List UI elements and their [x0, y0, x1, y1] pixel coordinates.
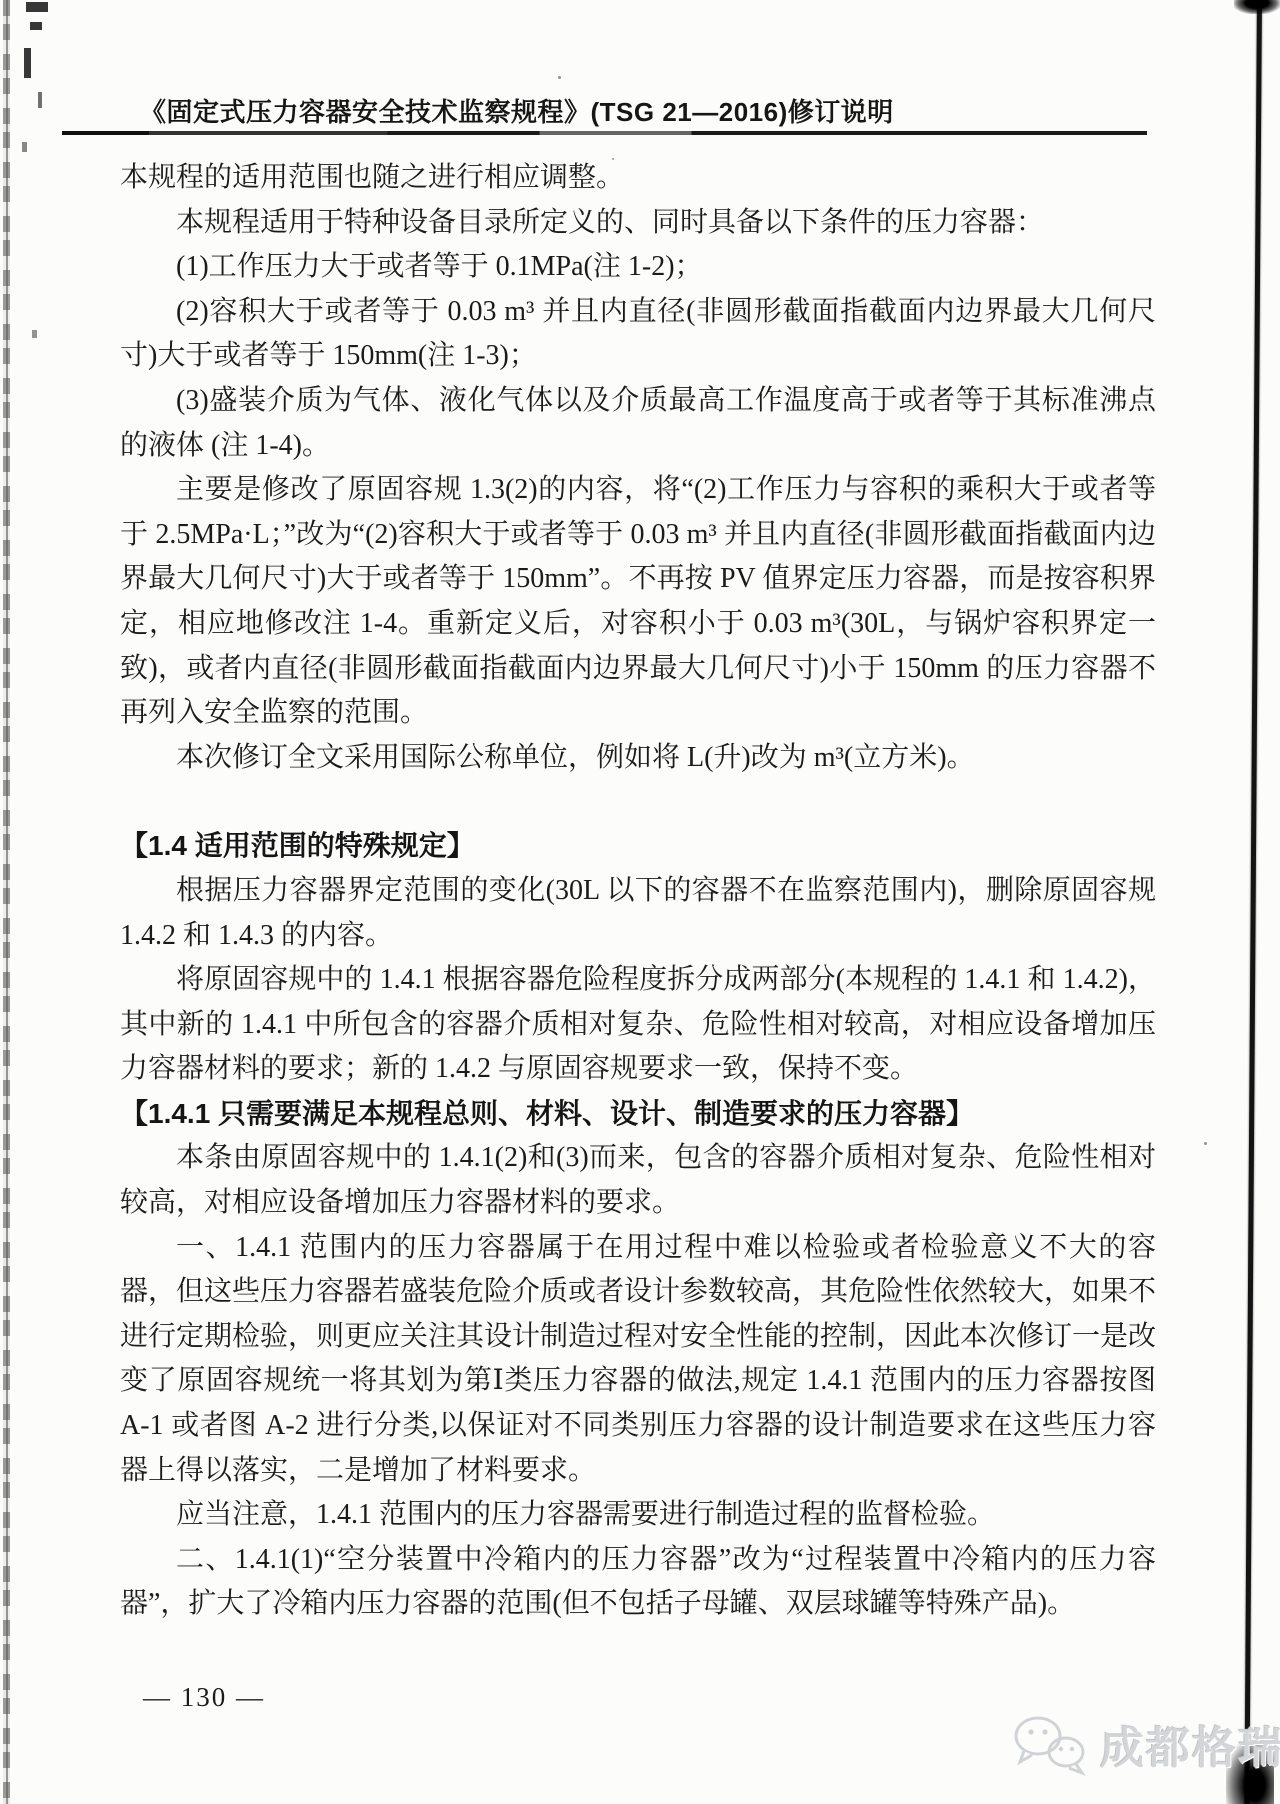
- paragraph: 主要是修改了原固容规 1.3(2)的内容，将“(2)工作压力与容积的乘积大于或者…: [120, 468, 1156, 736]
- list-item: (2)容积大于或者等于 0.03 m³ 并且内直径(非圆形截面指截面内边界最大几…: [120, 290, 1156, 379]
- watermark-label: 成都格瑞特: [1100, 1712, 1280, 1776]
- paragraph: 本条由原固容规中的 1.4.1(2)和(3)而来，包含的容器介质相对复杂、危险性…: [120, 1136, 1156, 1225]
- paragraph: 二、1.4.1(1)“空分装置中冷箱内的压力容器”改为“过程装置中冷箱内的压力容…: [120, 1538, 1156, 1627]
- paragraph: 应当注意，1.4.1 范围内的压力容器需要进行制造过程的监督检验。: [120, 1493, 1156, 1538]
- wechat-icon: [1012, 1712, 1090, 1776]
- paragraph: 将原固容规中的 1.4.1 根据容器危险程度拆分成两部分(本规程的 1.4.1 …: [120, 958, 1156, 1092]
- scan-artifact-mark: [24, 48, 31, 78]
- scan-artifact-speck: [558, 76, 561, 79]
- document-running-head: 《固定式压力容器安全技术监察规程》(TSG 21—2016)修订说明: [140, 92, 894, 129]
- scan-artifact-left-edge-core: [6, 0, 8, 1804]
- document-body: 本规程的适用范围也随之进行相应调整。 本规程适用于特种设备目录所定义的、同时具备…: [120, 156, 1156, 1627]
- paragraph: 根据压力容器界定范围的变化(30L 以下的容器不在监察范围内)，删除原固容规 1…: [120, 869, 1156, 958]
- scan-artifact-mark: [26, 2, 48, 12]
- scan-artifact-mark: [30, 22, 42, 30]
- scan-artifact-speck: [1204, 1142, 1207, 1145]
- scan-artifact-spine-blob-top: [1234, 0, 1280, 14]
- scan-artifact-spine-line: [1244, 0, 1262, 1804]
- list-item: (3)盛装介质为气体、液化气体以及介质最高工作温度高于或者等于其标准沸点的液体 …: [120, 379, 1156, 468]
- scanned-document-page: 《固定式压力容器安全技术监察规程》(TSG 21—2016)修订说明 本规程的适…: [0, 0, 1280, 1804]
- scan-artifact-mark: [22, 142, 27, 152]
- paragraph: 本次修订全文采用国际公称单位，例如将 L(升)改为 m³(立方米)。: [120, 736, 1156, 781]
- paragraph: 一、1.4.1 范围内的压力容器属于在用过程中难以检验或者检验意义不大的容器，但…: [120, 1226, 1156, 1494]
- header-rule: [62, 131, 1147, 135]
- watermark: 成都格瑞特: [1012, 1712, 1280, 1776]
- section-heading-1-4-1: 【1.4.1 只需要满足本规程总则、材料、设计、制造要求的压力容器】: [120, 1092, 1156, 1137]
- paragraph: 本规程的适用范围也随之进行相应调整。: [120, 156, 1156, 201]
- scan-artifact-mark: [32, 330, 37, 338]
- scan-artifact-mark: [38, 92, 42, 108]
- list-item: (1)工作压力大于或者等于 0.1MPa(注 1-2)；: [120, 245, 1156, 290]
- section-heading-1-4: 【1.4 适用范围的特殊规定】: [120, 824, 1156, 869]
- page-number: — 130 —: [143, 1682, 265, 1713]
- paragraph: 本规程适用于特种设备目录所定义的、同时具备以下条件的压力容器：: [120, 201, 1156, 246]
